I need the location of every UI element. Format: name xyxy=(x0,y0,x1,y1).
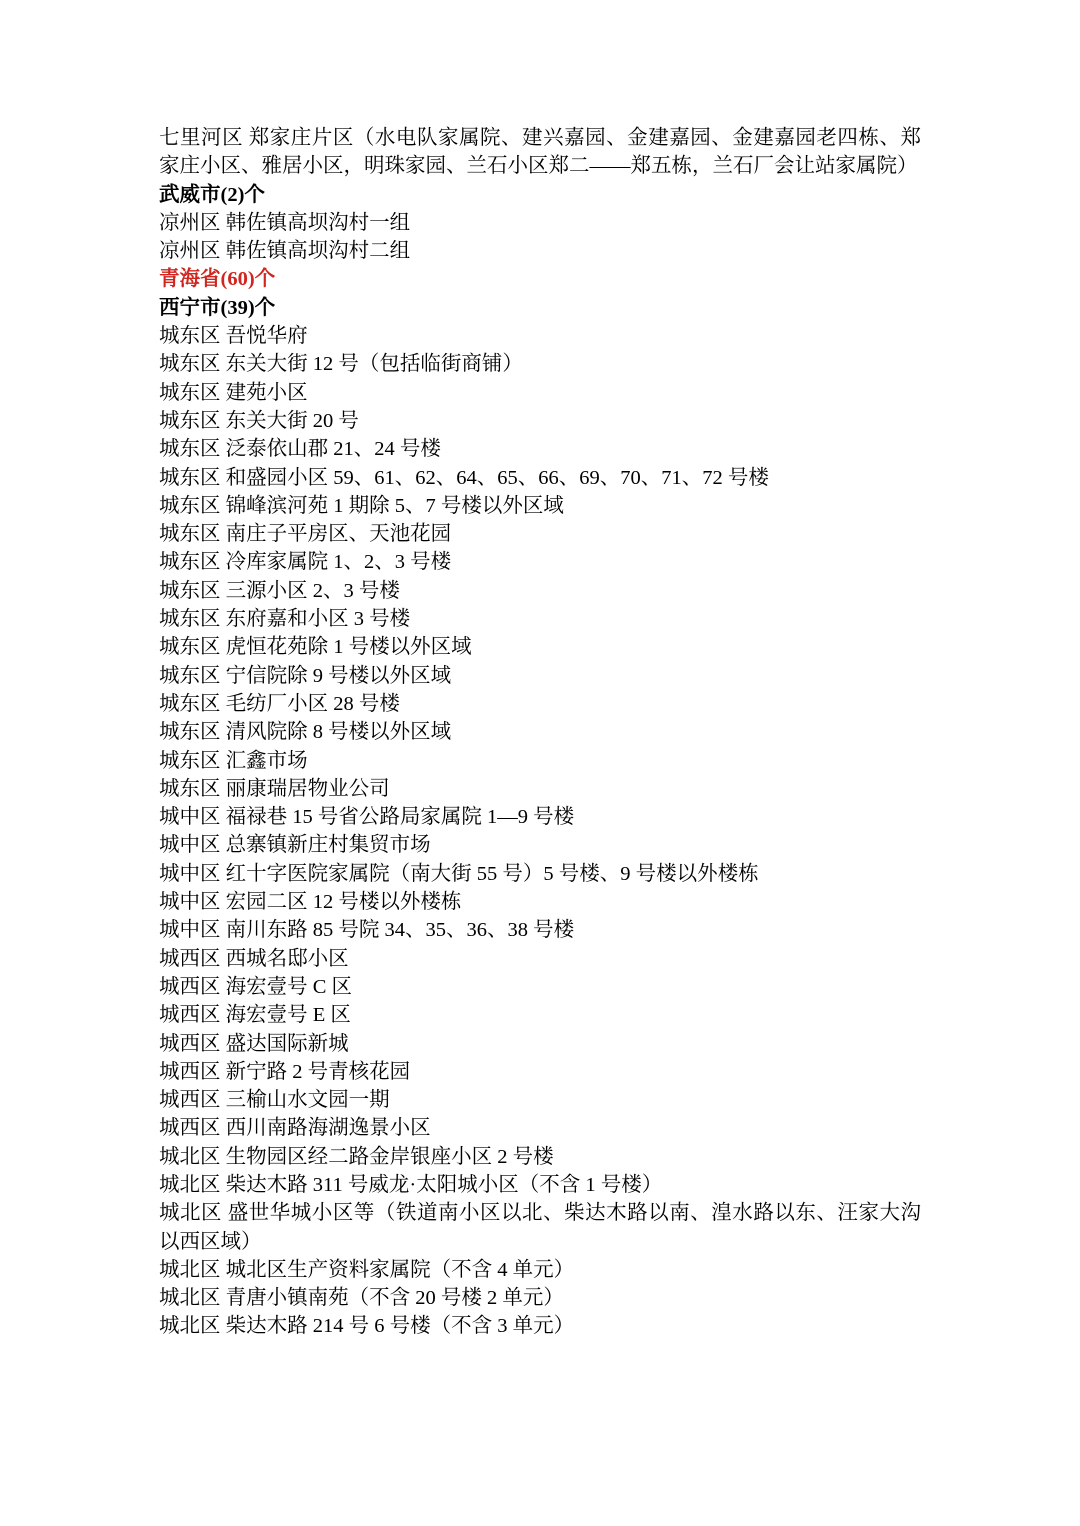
area-entry: 城东区 锦峰滨河苑 1 期除 5、7 号楼以外区域 xyxy=(159,492,921,520)
area-entry: 城东区 东关大街 20 号 xyxy=(159,407,921,435)
area-entry: 城北区 城北区生产资料家属院（不含 4 单元） xyxy=(159,1256,921,1284)
area-entry: 城西区 西川南路海湖逸景小区 xyxy=(159,1114,921,1142)
area-entry: 凉州区 韩佐镇高坝沟村一组 xyxy=(159,209,921,237)
area-entry: 城西区 海宏壹号 E 区 xyxy=(159,1001,921,1029)
area-entry: 城东区 东关大街 12 号（包括临街商铺） xyxy=(159,350,921,378)
area-entry: 城北区 生物园区经二路金岸银座小区 2 号楼 xyxy=(159,1143,921,1171)
area-entry: 城中区 宏园二区 12 号楼以外楼栋 xyxy=(159,888,921,916)
area-entry: 城中区 南川东路 85 号院 34、35、36、38 号楼 xyxy=(159,916,921,944)
area-entry: 城东区 冷库家属院 1、2、3 号楼 xyxy=(159,548,921,576)
city-heading: 西宁市(39)个 xyxy=(159,294,921,322)
area-entry: 城东区 建苑小区 xyxy=(159,379,921,407)
risk-area-list: 七里河区 郑家庄片区（水电队家属院、建兴嘉园、金建嘉园、金建嘉园老四栋、郑家庄小… xyxy=(159,124,921,1341)
city-heading: 武威市(2)个 xyxy=(159,181,921,209)
area-entry: 城西区 盛达国际新城 xyxy=(159,1030,921,1058)
area-entry: 城东区 和盛园小区 59、61、62、64、65、66、69、70、71、72 … xyxy=(159,464,921,492)
area-entry: 城东区 泛泰依山郡 21、24 号楼 xyxy=(159,435,921,463)
document-page: 七里河区 郑家庄片区（水电队家属院、建兴嘉园、金建嘉园、金建嘉园老四栋、郑家庄小… xyxy=(0,0,1080,1526)
area-entry: 城东区 清风院除 8 号楼以外区域 xyxy=(159,718,921,746)
area-entry: 城中区 总寨镇新庄村集贸市场 xyxy=(159,831,921,859)
area-entry: 城东区 宁信院除 9 号楼以外区域 xyxy=(159,662,921,690)
area-entry: 城中区 福禄巷 15 号省公路局家属院 1—9 号楼 xyxy=(159,803,921,831)
area-entry: 城东区 虎恒花苑除 1 号楼以外区域 xyxy=(159,633,921,661)
area-entry: 城东区 南庄子平房区、天池花园 xyxy=(159,520,921,548)
area-entry: 城西区 海宏壹号 C 区 xyxy=(159,973,921,1001)
area-entry: 城东区 三源小区 2、3 号楼 xyxy=(159,577,921,605)
area-entry: 城北区 柴达木路 214 号 6 号楼（不含 3 单元） xyxy=(159,1312,921,1340)
area-entry: 城西区 三榆山水文园一期 xyxy=(159,1086,921,1114)
area-entry: 城东区 汇鑫市场 xyxy=(159,747,921,775)
area-entry: 城中区 红十字医院家属院（南大街 55 号）5 号楼、9 号楼以外楼栋 xyxy=(159,860,921,888)
area-entry: 城东区 东府嘉和小区 3 号楼 xyxy=(159,605,921,633)
area-entry: 七里河区 郑家庄片区（水电队家属院、建兴嘉园、金建嘉园、金建嘉园老四栋、郑家庄小… xyxy=(159,124,921,181)
area-entry: 城西区 新宁路 2 号青核花园 xyxy=(159,1058,921,1086)
province-heading: 青海省(60)个 xyxy=(159,265,921,293)
area-entry: 城北区 盛世华城小区等（铁道南小区以北、柴达木路以南、湟水路以东、汪家大沟以西区… xyxy=(159,1199,921,1256)
area-entry: 城北区 青唐小镇南苑（不含 20 号楼 2 单元） xyxy=(159,1284,921,1312)
area-entry: 凉州区 韩佐镇高坝沟村二组 xyxy=(159,237,921,265)
area-entry: 城西区 西城名邸小区 xyxy=(159,945,921,973)
area-entry: 城北区 柴达木路 311 号威龙·太阳城小区（不含 1 号楼） xyxy=(159,1171,921,1199)
area-entry: 城东区 毛纺厂小区 28 号楼 xyxy=(159,690,921,718)
area-entry: 城东区 丽康瑞居物业公司 xyxy=(159,775,921,803)
area-entry: 城东区 吾悦华府 xyxy=(159,322,921,350)
